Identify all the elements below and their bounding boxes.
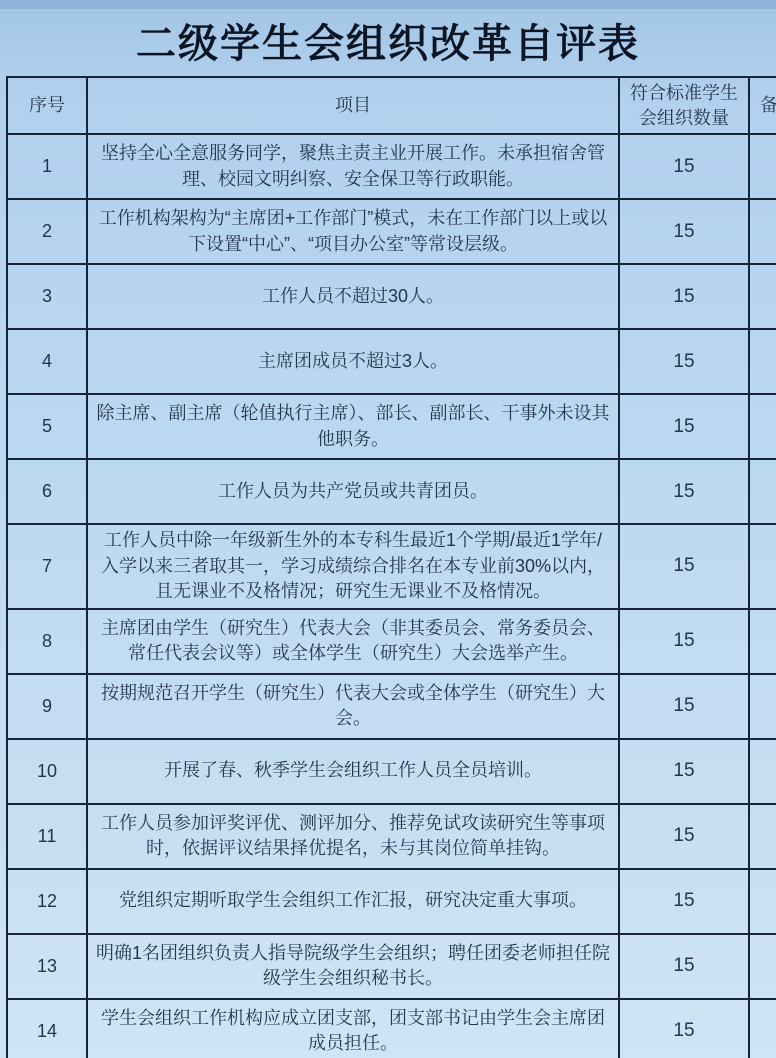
row-count: 15 [619, 739, 749, 804]
row-item-text: 按期规范召开学生（研究生）代表大会或全体学生（研究生）大会。 [87, 674, 619, 739]
row-seq-number: 5 [7, 394, 87, 459]
table-row: 3 工作人员不超过30人。 15 [7, 264, 776, 329]
table-row: 4 主席团成员不超过3人。 15 [7, 329, 776, 394]
row-note [749, 459, 776, 524]
row-note [749, 394, 776, 459]
table-row: 8 主席团由学生（研究生）代表大会（非其委员会、常务委员会、常任代表会议等）或全… [7, 609, 776, 674]
row-seq-number: 14 [7, 999, 87, 1058]
row-item-text: 党组织定期听取学生会组织工作汇报，研究决定重大事项。 [87, 869, 619, 934]
table-row: 2 工作机构架构为“主席团+工作部门”模式，未在工作部门以上或以下设置“中心”、… [7, 199, 776, 264]
row-note [749, 739, 776, 804]
row-note [749, 264, 776, 329]
table-row: 9 按期规范召开学生（研究生）代表大会或全体学生（研究生）大会。 15 [7, 674, 776, 739]
row-count: 15 [619, 264, 749, 329]
page: 二级学生会组织改革自评表 序号 项目 符合标准学生会组织数量 备注 1 坚持全心… [0, 0, 776, 1058]
table-body: 1 坚持全心全意服务同学，聚焦主责主业开展工作。未承担宿舍管理、校园文明纠察、安… [7, 134, 776, 1058]
row-item-text: 学生会组织工作机构应成立团支部，团支部书记由学生会主席团成员担任。 [87, 999, 619, 1058]
row-note [749, 329, 776, 394]
row-item-text: 明确1名团组织负责人指导院级学生会组织；聘任团委老师担任院级学生会组织秘书长。 [87, 934, 619, 999]
row-seq-number: 9 [7, 674, 87, 739]
header-item: 项目 [87, 77, 619, 134]
row-count: 15 [619, 609, 749, 674]
row-seq-number: 4 [7, 329, 87, 394]
row-seq-number: 1 [7, 134, 87, 199]
row-seq-number: 10 [7, 739, 87, 804]
row-seq-number: 2 [7, 199, 87, 264]
row-note [749, 804, 776, 869]
row-seq-number: 13 [7, 934, 87, 999]
row-count: 15 [619, 394, 749, 459]
row-seq-number: 8 [7, 609, 87, 674]
row-seq-number: 12 [7, 869, 87, 934]
row-item-text: 工作机构架构为“主席团+工作部门”模式，未在工作部门以上或以下设置“中心”、“项… [87, 199, 619, 264]
header-count: 符合标准学生会组织数量 [619, 77, 749, 134]
row-count: 15 [619, 459, 749, 524]
row-note [749, 999, 776, 1058]
top-edge-strip [0, 0, 776, 9]
row-seq-number: 11 [7, 804, 87, 869]
row-seq-number: 3 [7, 264, 87, 329]
table-row: 14 学生会组织工作机构应成立团支部，团支部书记由学生会主席团成员担任。 15 [7, 999, 776, 1058]
row-note [749, 524, 776, 609]
row-seq-number: 7 [7, 524, 87, 609]
row-count: 15 [619, 329, 749, 394]
row-item-text: 工作人员不超过30人。 [87, 264, 619, 329]
row-item-text: 主席团由学生（研究生）代表大会（非其委员会、常务委员会、常任代表会议等）或全体学… [87, 609, 619, 674]
table-row: 7 工作人员中除一年级新生外的本专科生最近1个学期/最近1学年/入学以来三者取其… [7, 524, 776, 609]
table-row: 1 坚持全心全意服务同学，聚焦主责主业开展工作。未承担宿舍管理、校园文明纠察、安… [7, 134, 776, 199]
row-note [749, 609, 776, 674]
table-row: 11 工作人员参加评奖评优、测评加分、推荐免试攻读研究生等事项时，依据评议结果择… [7, 804, 776, 869]
header-seq-number: 序号 [7, 77, 87, 134]
row-count: 15 [619, 199, 749, 264]
row-item-text: 主席团成员不超过3人。 [87, 329, 619, 394]
table-row: 12 党组织定期听取学生会组织工作汇报，研究决定重大事项。 15 [7, 869, 776, 934]
row-note [749, 869, 776, 934]
table-row: 6 工作人员为共产党员或共青团员。 15 [7, 459, 776, 524]
row-item-text: 工作人员中除一年级新生外的本专科生最近1个学期/最近1学年/入学以来三者取其一，… [87, 524, 619, 609]
table-row: 10 开展了春、秋季学生会组织工作人员全员培训。 15 [7, 739, 776, 804]
page-title: 二级学生会组织改革自评表 [0, 12, 776, 69]
self-evaluation-table: 序号 项目 符合标准学生会组织数量 备注 1 坚持全心全意服务同学，聚焦主责主业… [6, 76, 776, 1058]
row-count: 15 [619, 934, 749, 999]
row-item-text: 坚持全心全意服务同学，聚焦主责主业开展工作。未承担宿舍管理、校园文明纠察、安全保… [87, 134, 619, 199]
row-item-text: 开展了春、秋季学生会组织工作人员全员培训。 [87, 739, 619, 804]
table-row: 13 明确1名团组织负责人指导院级学生会组织；聘任团委老师担任院级学生会组织秘书… [7, 934, 776, 999]
row-count: 15 [619, 999, 749, 1058]
row-count: 15 [619, 869, 749, 934]
row-note [749, 934, 776, 999]
row-item-text: 工作人员为共产党员或共青团员。 [87, 459, 619, 524]
row-count: 15 [619, 804, 749, 869]
row-count: 15 [619, 524, 749, 609]
row-count: 15 [619, 674, 749, 739]
table-header-row: 序号 项目 符合标准学生会组织数量 备注 [7, 77, 776, 134]
row-note [749, 674, 776, 739]
row-seq-number: 6 [7, 459, 87, 524]
header-note: 备注 [749, 77, 776, 134]
row-item-text: 除主席、副主席（轮值执行主席）、部长、副部长、干事外未设其他职务。 [87, 394, 619, 459]
row-count: 15 [619, 134, 749, 199]
row-note [749, 134, 776, 199]
row-note [749, 199, 776, 264]
row-item-text: 工作人员参加评奖评优、测评加分、推荐免试攻读研究生等事项时，依据评议结果择优提名… [87, 804, 619, 869]
table-row: 5 除主席、副主席（轮值执行主席）、部长、副部长、干事外未设其他职务。 15 [7, 394, 776, 459]
